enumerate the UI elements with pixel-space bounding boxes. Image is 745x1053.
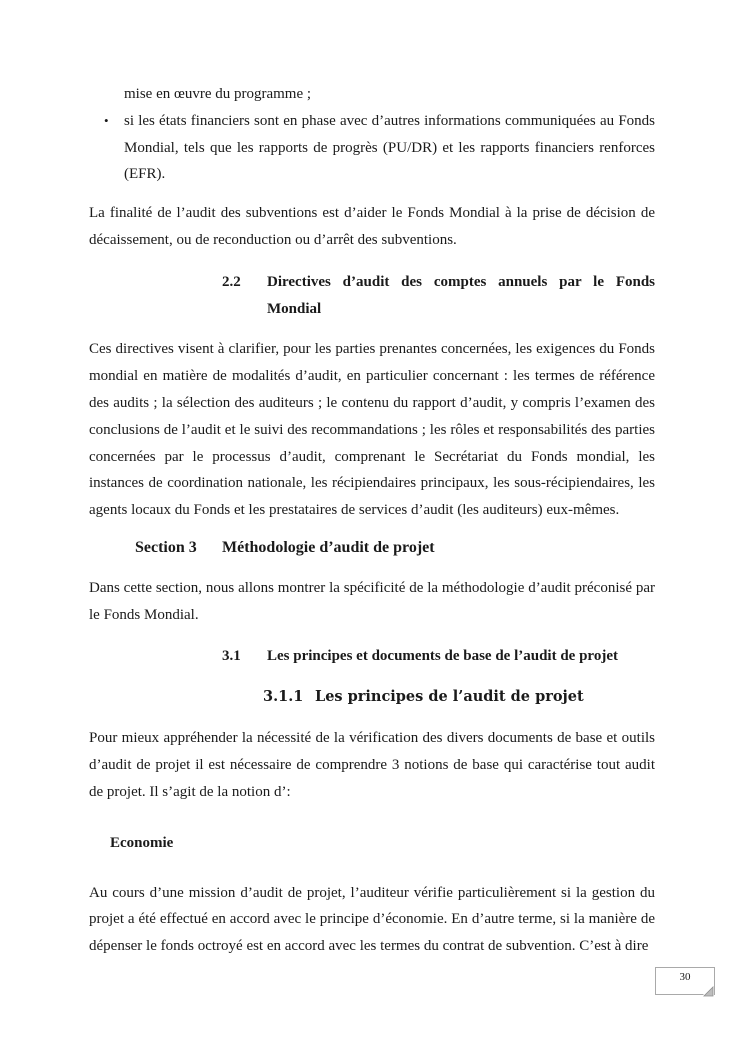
heading-section-3-label: Section 3 xyxy=(135,534,222,561)
paragraph-section-3-intro: Dans cette section, nous allons montrer … xyxy=(89,575,655,629)
paragraph-continuation: mise en œuvre du programme ; xyxy=(124,81,655,108)
page-number-box: 30 xyxy=(655,967,715,995)
bullet-icon: • xyxy=(104,108,124,135)
heading-2-2: 2.2 Directives d’audit des comptes annue… xyxy=(222,269,655,323)
heading-3-1-1: 3.1.1 Les principes de l’audit de projet xyxy=(263,683,655,710)
bullet-item: • si les états financiers sont en phase … xyxy=(89,108,655,188)
heading-3-1: 3.1 Les principes et documents de base d… xyxy=(222,643,655,670)
paragraph-finalite: La finalité de l’audit des subventions e… xyxy=(89,200,655,254)
heading-2-2-number: 2.2 xyxy=(222,269,267,323)
heading-3-1-1-title: Les principes de l’audit de projet xyxy=(315,683,584,710)
heading-3-1-title: Les principes et documents de base de l’… xyxy=(267,643,618,670)
heading-section-3-title: Méthodologie d’audit de projet xyxy=(222,534,435,561)
heading-section-3: Section 3 Méthodologie d’audit de projet xyxy=(135,534,655,561)
document-page: mise en œuvre du programme ; • si les ét… xyxy=(0,0,745,1053)
bullet-text: si les états financiers sont en phase av… xyxy=(124,108,655,188)
heading-2-2-title: Directives d’audit des comptes annuels p… xyxy=(267,269,655,323)
paragraph-economie: Au cours d’une mission d’audit de projet… xyxy=(89,880,655,960)
heading-3-1-1-number: 3.1.1 xyxy=(263,683,315,710)
paragraph-directives: Ces directives visent à clarifier, pour … xyxy=(89,336,655,524)
folded-corner-icon xyxy=(700,983,715,998)
subheading-economie: Economie xyxy=(110,830,655,857)
paragraph-pour-mieux: Pour mieux appréhender la nécessité de l… xyxy=(89,725,655,805)
heading-3-1-number: 3.1 xyxy=(222,643,267,670)
